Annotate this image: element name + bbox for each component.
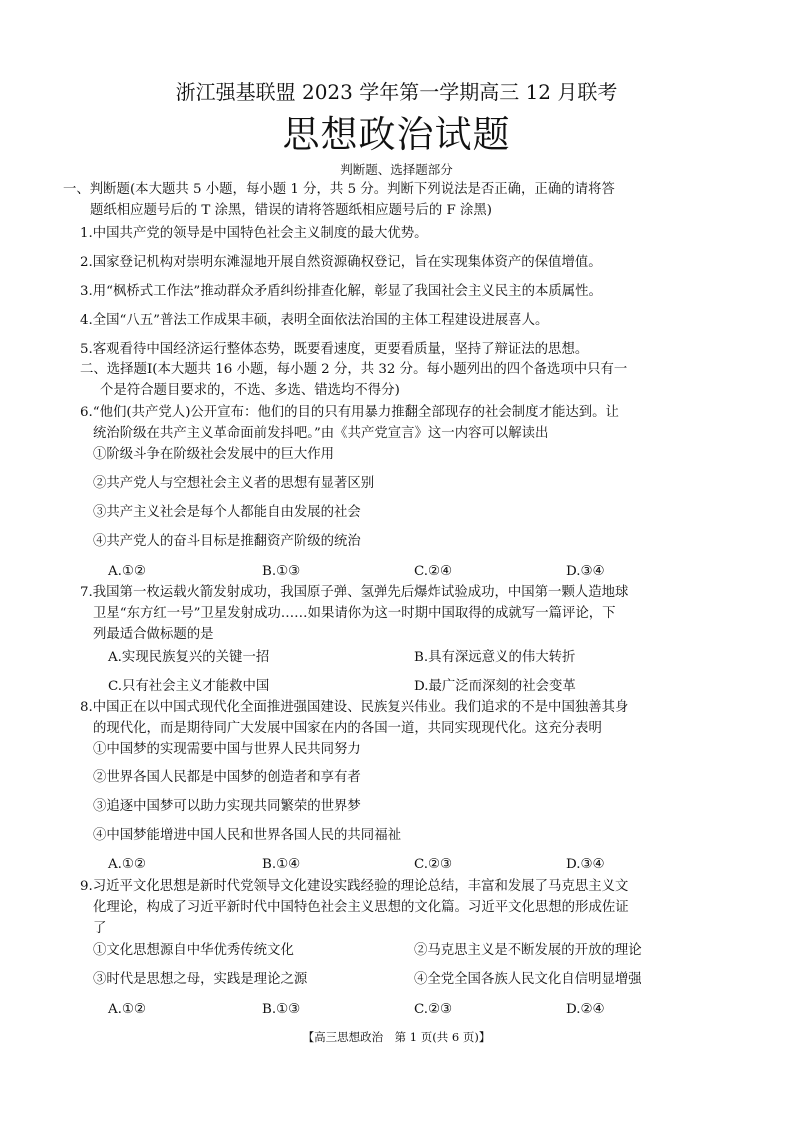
q6-option-d[interactable]: D.③④: [566, 562, 605, 582]
section-label: 判断题、选择题部分: [0, 160, 793, 178]
judgment-item-3: 3.用“枫桥式工作法”推动群众矛盾纠纷排查化解，彰显了我国社会主义民主的本质属性…: [80, 282, 602, 302]
q9-statement-2: ②马克思主义是不断发展的开放的理论: [414, 941, 642, 961]
q8-statement-3: ③追逐中国梦可以助力实现共同繁荣的世界梦: [93, 797, 361, 817]
part2-instructions-line1: 二、选择题Ⅰ(本大题共 16 小题，每小题 2 分，共 32 分。每小题列出的四…: [80, 360, 627, 380]
q7-option-b[interactable]: B.具有深远意义的伟大转折: [414, 648, 575, 668]
judgment-item-1: 1.中国共产党的领导是中国特色社会主义制度的最大优势。: [80, 224, 428, 244]
q9-stem-line2: 化理论，构成了习近平新时代中国特色社会主义思想的文化篇。习近平文化思想的形成佐证: [93, 898, 629, 918]
q6-statement-4: ④共产党人的奋斗目标是推翻资产阶级的统治: [93, 532, 361, 552]
judgment-item-5: 5.客观看待中国经济运行整体态势，既要看速度，更要看质量，坚持了辩证法的思想。: [80, 340, 588, 360]
q6-stem-line1: 6.“他们(共产党人)公开宣布：他们的目的只有用暴力推翻全部现存的社会制度才能达…: [80, 403, 619, 423]
q9-option-d[interactable]: D.②④: [566, 1000, 605, 1020]
q8-option-d[interactable]: D.③④: [566, 855, 605, 875]
q8-statement-4: ④中国梦能增进中国人民和世界各国人民的共同福祉: [93, 826, 401, 846]
q9-option-c[interactable]: C.②③: [414, 1000, 452, 1020]
part1-instructions-line2: 题纸相应题号后的 T 涂黑，错误的请将答题纸相应题号后的 F 涂黑): [90, 201, 492, 221]
q6-option-a[interactable]: A.①②: [108, 562, 146, 582]
q8-option-c[interactable]: C.②③: [414, 855, 452, 875]
q7-option-d[interactable]: D.最广泛而深刻的社会变革: [414, 677, 576, 697]
exam-name: 浙江强基联盟 2023 学年第一学期高三 12 月联考: [0, 76, 793, 105]
page-footer: 【高三思想政治 第 1 页(共 6 页)】: [0, 1029, 793, 1045]
q7-option-c[interactable]: C.只有社会主义才能救中国: [108, 677, 269, 697]
q6-option-c[interactable]: C.②④: [414, 562, 452, 582]
q9-statement-4: ④全党全国各族人民文化自信明显增强: [414, 970, 642, 990]
q9-option-b[interactable]: B.①③: [262, 1000, 300, 1020]
judgment-item-4: 4.全国“八五”普法工作成果丰硕，表明全面依法治国的主体工程建设进展喜人。: [80, 311, 548, 331]
q6-statement-3: ③共产主义社会是每个人都能自由发展的社会: [93, 503, 361, 523]
q6-stem-line2: 统治阶级在共产主义革命面前发抖吧。”由《共产党宣言》这一内容可以解读出: [93, 424, 548, 444]
q9-option-a[interactable]: A.①②: [108, 1000, 146, 1020]
part2-instructions-line2: 个是符合题目要求的，不选、多选、错选均不得分): [100, 381, 400, 401]
q6-option-b[interactable]: B.①③: [262, 562, 300, 582]
q7-stem-line1: 7.我国第一枚运载火箭发射成功，我国原子弹、氢弹先后爆炸试验成功，中国第一颗人造…: [80, 583, 628, 603]
q6-statement-1: ①阶级斗争在阶级社会发展中的巨大作用: [93, 445, 334, 465]
q8-stem-line1: 8.中国正在以中国式现代化全面推进强国建设、民族复兴伟业。我们追求的不是中国独善…: [80, 698, 628, 718]
q7-stem-line3: 列最适合做标题的是: [93, 625, 214, 645]
q7-option-a[interactable]: A.实现民族复兴的关键一招: [108, 648, 269, 668]
q9-stem-line1: 9.习近平文化思想是新时代党领导文化建设实践经验的理论总结，丰富和发展了马克思主…: [80, 877, 628, 897]
q8-option-a[interactable]: A.①②: [108, 855, 146, 875]
q9-statement-1: ①文化思想源自中华优秀传统文化: [93, 941, 294, 961]
page-title: 思想政治试题: [0, 104, 793, 158]
q8-statement-1: ①中国梦的实现需要中国与世界人民共同努力: [93, 740, 361, 760]
q8-statement-2: ②世界各国人民都是中国梦的创造者和享有者: [93, 768, 361, 788]
q6-statement-2: ②共产党人与空想社会主义者的思想有显著区别: [93, 474, 374, 494]
q9-statement-3: ③时代是思想之母，实践是理论之源: [93, 970, 307, 990]
q8-stem-line2: 的现代化，而是期待同广大发展中国家在内的各国一道，共同实现现代化。这充分表明: [93, 719, 602, 739]
q8-option-b[interactable]: B.①④: [262, 855, 300, 875]
q9-stem-line3: 了: [93, 919, 106, 939]
part1-instructions-line1: 一、判断题(本大题共 5 小题，每小题 1 分，共 5 分。判断下列说法是否正确…: [63, 180, 615, 200]
judgment-item-2: 2.国家登记机构对崇明东滩湿地开展自然资源确权登记，旨在实现集体资产的保值增值。: [80, 253, 602, 273]
q7-stem-line2: 卫星“东方红一号”卫星发射成功……如果请你为这一时期中国取得的成就写一篇评论，下: [93, 604, 616, 624]
